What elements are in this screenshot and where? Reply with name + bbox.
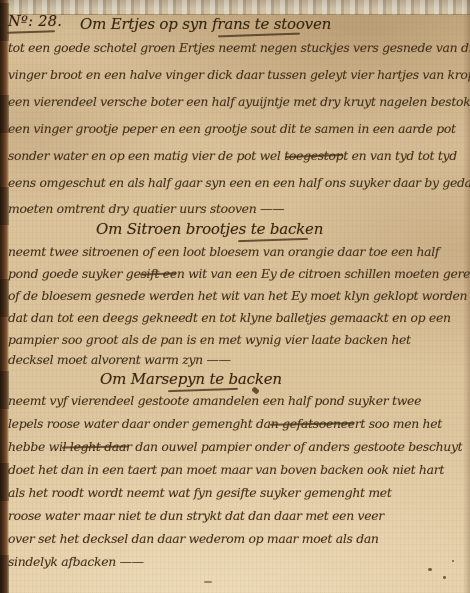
recipe-line: dat dan tot een deegs gekneedt en tot kl… bbox=[8, 310, 468, 325]
title-underline bbox=[218, 33, 300, 38]
recipe-line: een vierendeel versche boter een half ay… bbox=[8, 94, 468, 109]
recipe-line: lepels roose water daar onder gemenght d… bbox=[8, 416, 468, 431]
recipe-line: neemt vyf vierendeel gestoote amandelen … bbox=[8, 393, 468, 408]
recipe-title: Om Ertjes op syn frans te stooven bbox=[80, 15, 331, 33]
ink-speck bbox=[428, 568, 432, 571]
recipe-line: pond goede suyker gesift een wit van een… bbox=[8, 266, 468, 281]
manuscript-page: Nº: 28. Om Ertjes op syn frans te stoove… bbox=[0, 0, 470, 593]
recipe-line: moeten omtrent dry quatier uurs stooven … bbox=[8, 201, 468, 216]
recipe-line: als het roodt wordt neemt wat fyn gesift… bbox=[8, 485, 468, 500]
page-top-edge bbox=[0, 0, 470, 15]
title-underline bbox=[168, 388, 238, 392]
ink-speck bbox=[443, 576, 446, 579]
recipe-line: decksel moet alvorent warm zyn —— bbox=[8, 352, 468, 367]
recipe-line: een vinger grootje peper en een grootje … bbox=[8, 121, 468, 136]
title-underline bbox=[238, 238, 308, 242]
ink-speck bbox=[204, 581, 212, 583]
recipe-line: eens omgeschut en als half gaar syn een … bbox=[8, 175, 468, 190]
ink-flourish bbox=[7, 30, 55, 34]
recipe-line: vinger broot en een halve vinger dick da… bbox=[8, 67, 468, 82]
recipe-line: doet het dan in een taert pan moet maar … bbox=[8, 462, 468, 477]
page-number: Nº: 28. bbox=[8, 14, 62, 30]
recipe-line: sindelyk afbacken —— bbox=[8, 554, 468, 569]
recipe-line: sonder water en op een matig vier de pot… bbox=[8, 148, 468, 163]
recipe-line: roose water maar niet te dun strykt dat … bbox=[8, 508, 468, 523]
recipe-line: over set het decksel dan daar wederom op… bbox=[8, 531, 468, 546]
recipe-line: tot een goede schotel groen Ertjes neemt… bbox=[8, 40, 468, 55]
recipe-line: pampier soo groot als de pan is en met w… bbox=[8, 332, 468, 347]
recipe-line: of de bloesem gesnede werden het wit van… bbox=[8, 288, 468, 303]
ink-speck bbox=[452, 560, 454, 562]
recipe-line: neemt twee sitroenen of een loot bloesem… bbox=[8, 244, 468, 259]
recipe-title: Om Marsepyn te backen bbox=[100, 370, 282, 388]
recipe-title: Om Sitroen brootjes te backen bbox=[96, 220, 323, 238]
